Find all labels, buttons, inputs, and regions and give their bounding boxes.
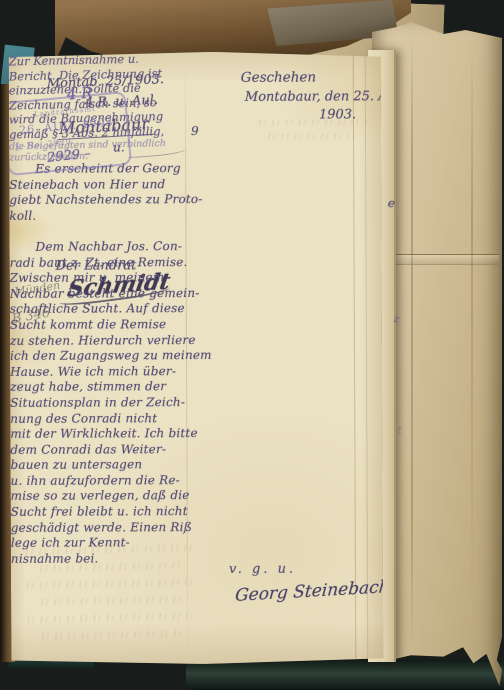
document-page: Montab. 25/1903. 4 R. u. Aul. Landrathsa…	[9, 51, 384, 665]
stamp-handwritten-mark: 4 R	[66, 84, 93, 104]
body-line: mit der Wirklichkeit. Ich bitte	[10, 426, 202, 442]
body-line: zu stehen. Hierdurch verliere	[10, 333, 202, 349]
body-line: Sucht kommt die Remise	[10, 317, 202, 333]
body-line: Situationsplan in der Zeich-	[10, 395, 202, 411]
body-line: geschädigt werde. Einen Riß	[11, 520, 203, 536]
body-line: u. ihn aufzufordern die Re-	[11, 473, 203, 489]
body-line: bauen zu untersagen	[10, 457, 202, 473]
body-line: ich den Zugangsweg zu meinem	[10, 348, 202, 364]
protocol-closing: v. g. u.	[229, 562, 296, 577]
body-line: Nachbar besteht eine gemein-	[10, 286, 202, 302]
body-line: schaftliche Sucht. Auf diese	[10, 301, 202, 317]
body-line: nisnahme bei.	[11, 551, 203, 567]
body-line: dem Conradi das Weiter-	[10, 442, 202, 458]
protocol-body: Es erscheint der GeorgSteinebach von Hie…	[9, 161, 203, 583]
body-line: Zwischen mir u. meinem	[10, 270, 202, 286]
archive-photo: Montab. 25/1903. 4 R. u. Aul. Landrathsa…	[0, 0, 504, 690]
body-line: zeugt habe, stimmen der	[10, 379, 202, 395]
protocol-dateline-year: 1903.	[319, 107, 356, 122]
body-line	[11, 566, 203, 582]
body-line: Hause. Wie ich mich über-	[10, 364, 202, 380]
body-line: Sucht frei bleibt u. ich nicht	[11, 504, 203, 520]
body-line: Steinebach von Hier und	[9, 177, 201, 193]
body-line: koll.	[9, 208, 201, 224]
body-line: mise so zu verlegen, daß die	[11, 488, 203, 504]
green-book-edge	[186, 660, 504, 690]
folio-mark: 9	[191, 124, 199, 138]
body-line: Dem Nachbar Jos. Con-	[9, 239, 201, 255]
body-line: lege ich zur Kennt-	[11, 535, 203, 551]
paper-crease	[471, 42, 473, 643]
body-line	[9, 223, 201, 239]
protocol-opening: Geschehen	[241, 69, 316, 85]
body-line: radi baut z. Zt. eine Remise.	[10, 255, 202, 271]
body-line: nung des Conradi nicht	[10, 410, 202, 426]
ghost-bleedthrough-small	[257, 119, 367, 147]
body-line: giebt Nachstehendes zu Proto-	[9, 192, 201, 208]
paper-crease	[411, 35, 413, 650]
